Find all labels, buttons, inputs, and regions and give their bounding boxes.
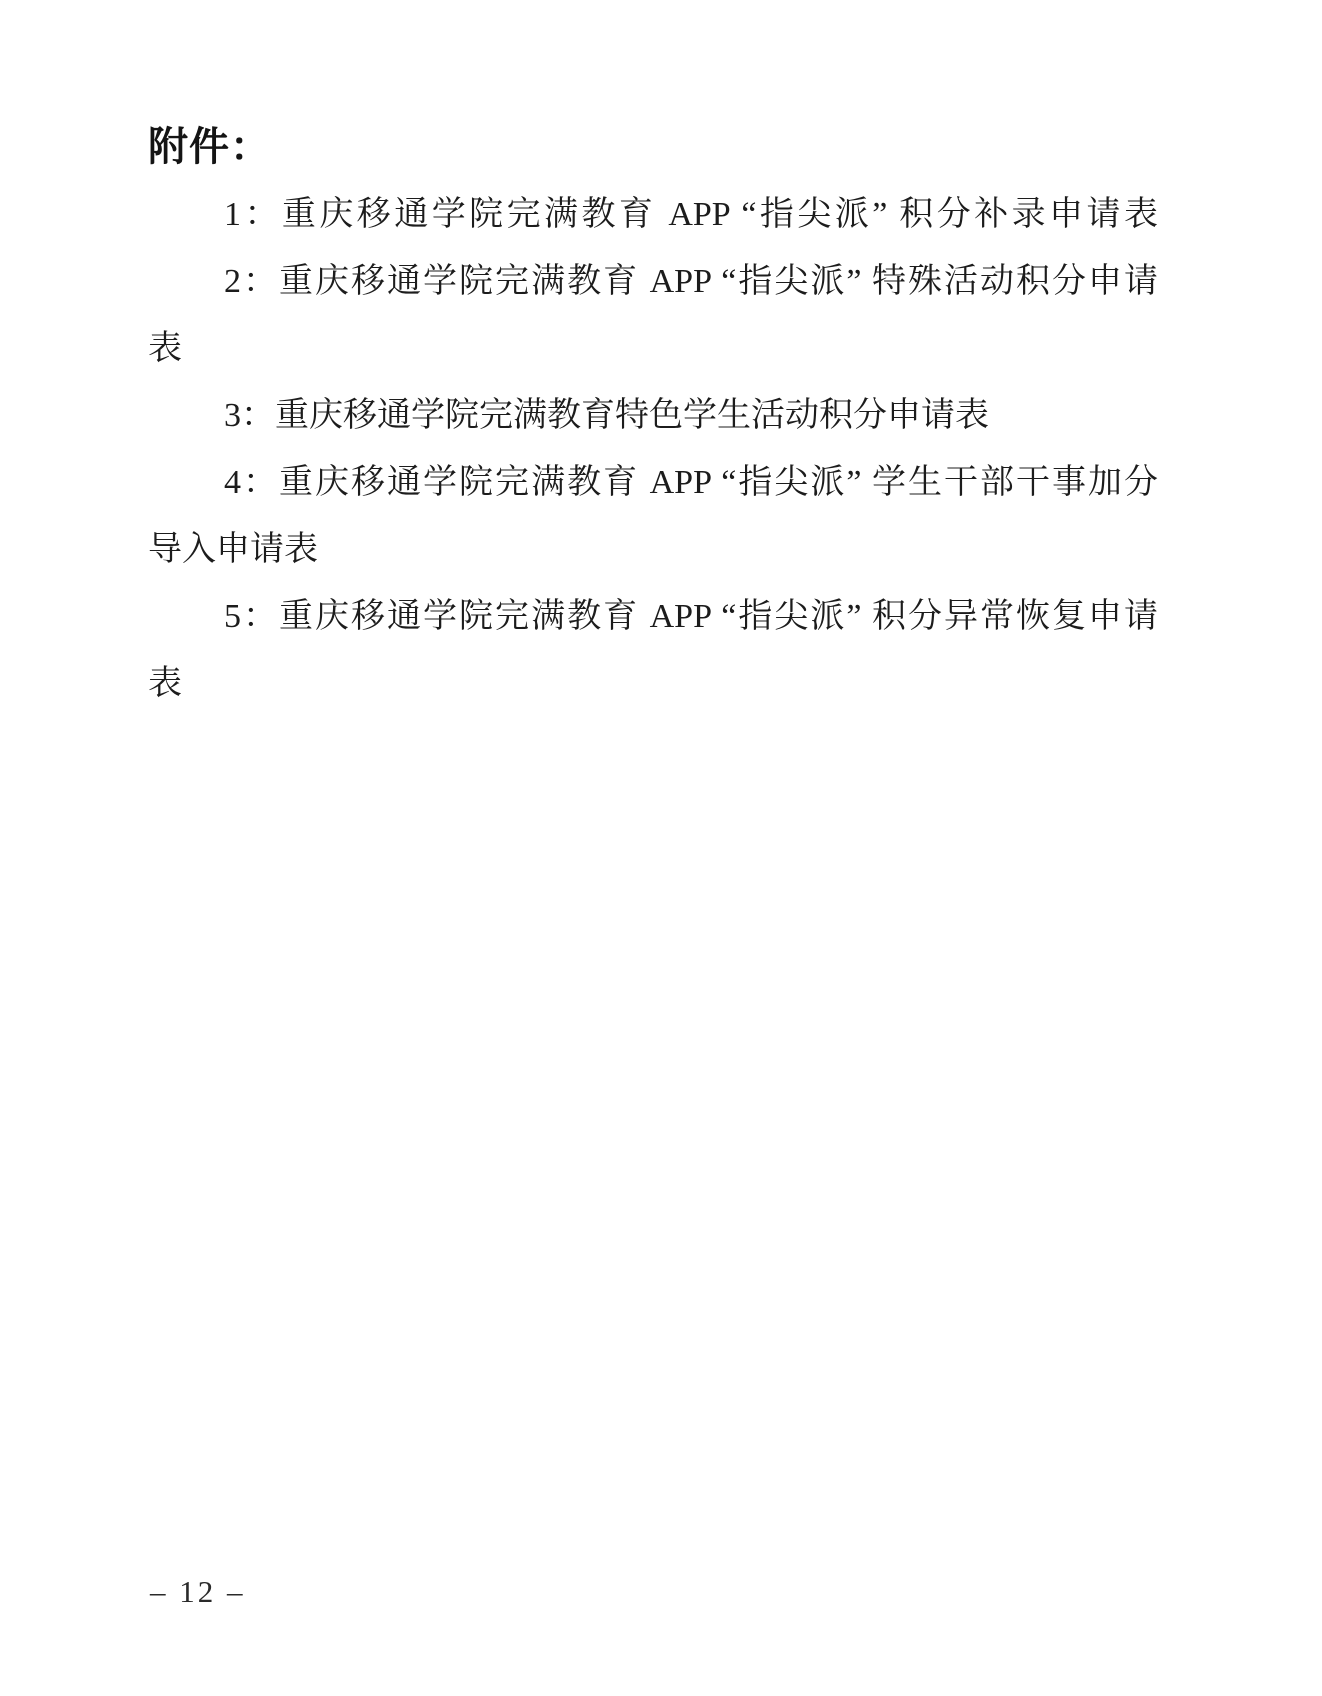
attachment-item-1-line-1: 1：重庆移通学院完满教育 APP “指尖派” 积分补录申请表 [148, 181, 1158, 248]
attachment-item-2-line-1: 2：重庆移通学院完满教育 APP “指尖派” 特殊活动积分申请 [148, 248, 1158, 315]
attachment-item-5: 5：重庆移通学院完满教育 APP “指尖派” 积分异常恢复申请 表 [148, 583, 1158, 717]
document-page: 附件： 1：重庆移通学院完满教育 APP “指尖派” 积分补录申请表 2：重庆移… [0, 0, 1322, 1696]
attachment-item-2: 2：重庆移通学院完满教育 APP “指尖派” 特殊活动积分申请 表 [148, 248, 1158, 382]
attachments-heading: 附件： [148, 114, 1158, 181]
attachment-item-5-line-1: 5：重庆移通学院完满教育 APP “指尖派” 积分异常恢复申请 [148, 583, 1158, 650]
attachment-item-4-line-1: 4：重庆移通学院完满教育 APP “指尖派” 学生干部干事加分 [148, 449, 1158, 516]
attachment-item-5-line-2: 表 [148, 650, 1158, 717]
attachment-item-1: 1：重庆移通学院完满教育 APP “指尖派” 积分补录申请表 [148, 181, 1158, 248]
attachments-section: 附件： 1：重庆移通学院完满教育 APP “指尖派” 积分补录申请表 2：重庆移… [148, 114, 1158, 717]
attachment-item-3: 3：重庆移通学院完满教育特色学生活动积分申请表 [148, 382, 1158, 449]
page-number: – 12 – [150, 1572, 246, 1612]
attachment-item-2-line-2: 表 [148, 315, 1158, 382]
attachment-item-3-line-1: 3：重庆移通学院完满教育特色学生活动积分申请表 [148, 382, 1158, 449]
attachment-item-4-line-2: 导入申请表 [148, 516, 1158, 583]
attachment-item-4: 4：重庆移通学院完满教育 APP “指尖派” 学生干部干事加分 导入申请表 [148, 449, 1158, 583]
